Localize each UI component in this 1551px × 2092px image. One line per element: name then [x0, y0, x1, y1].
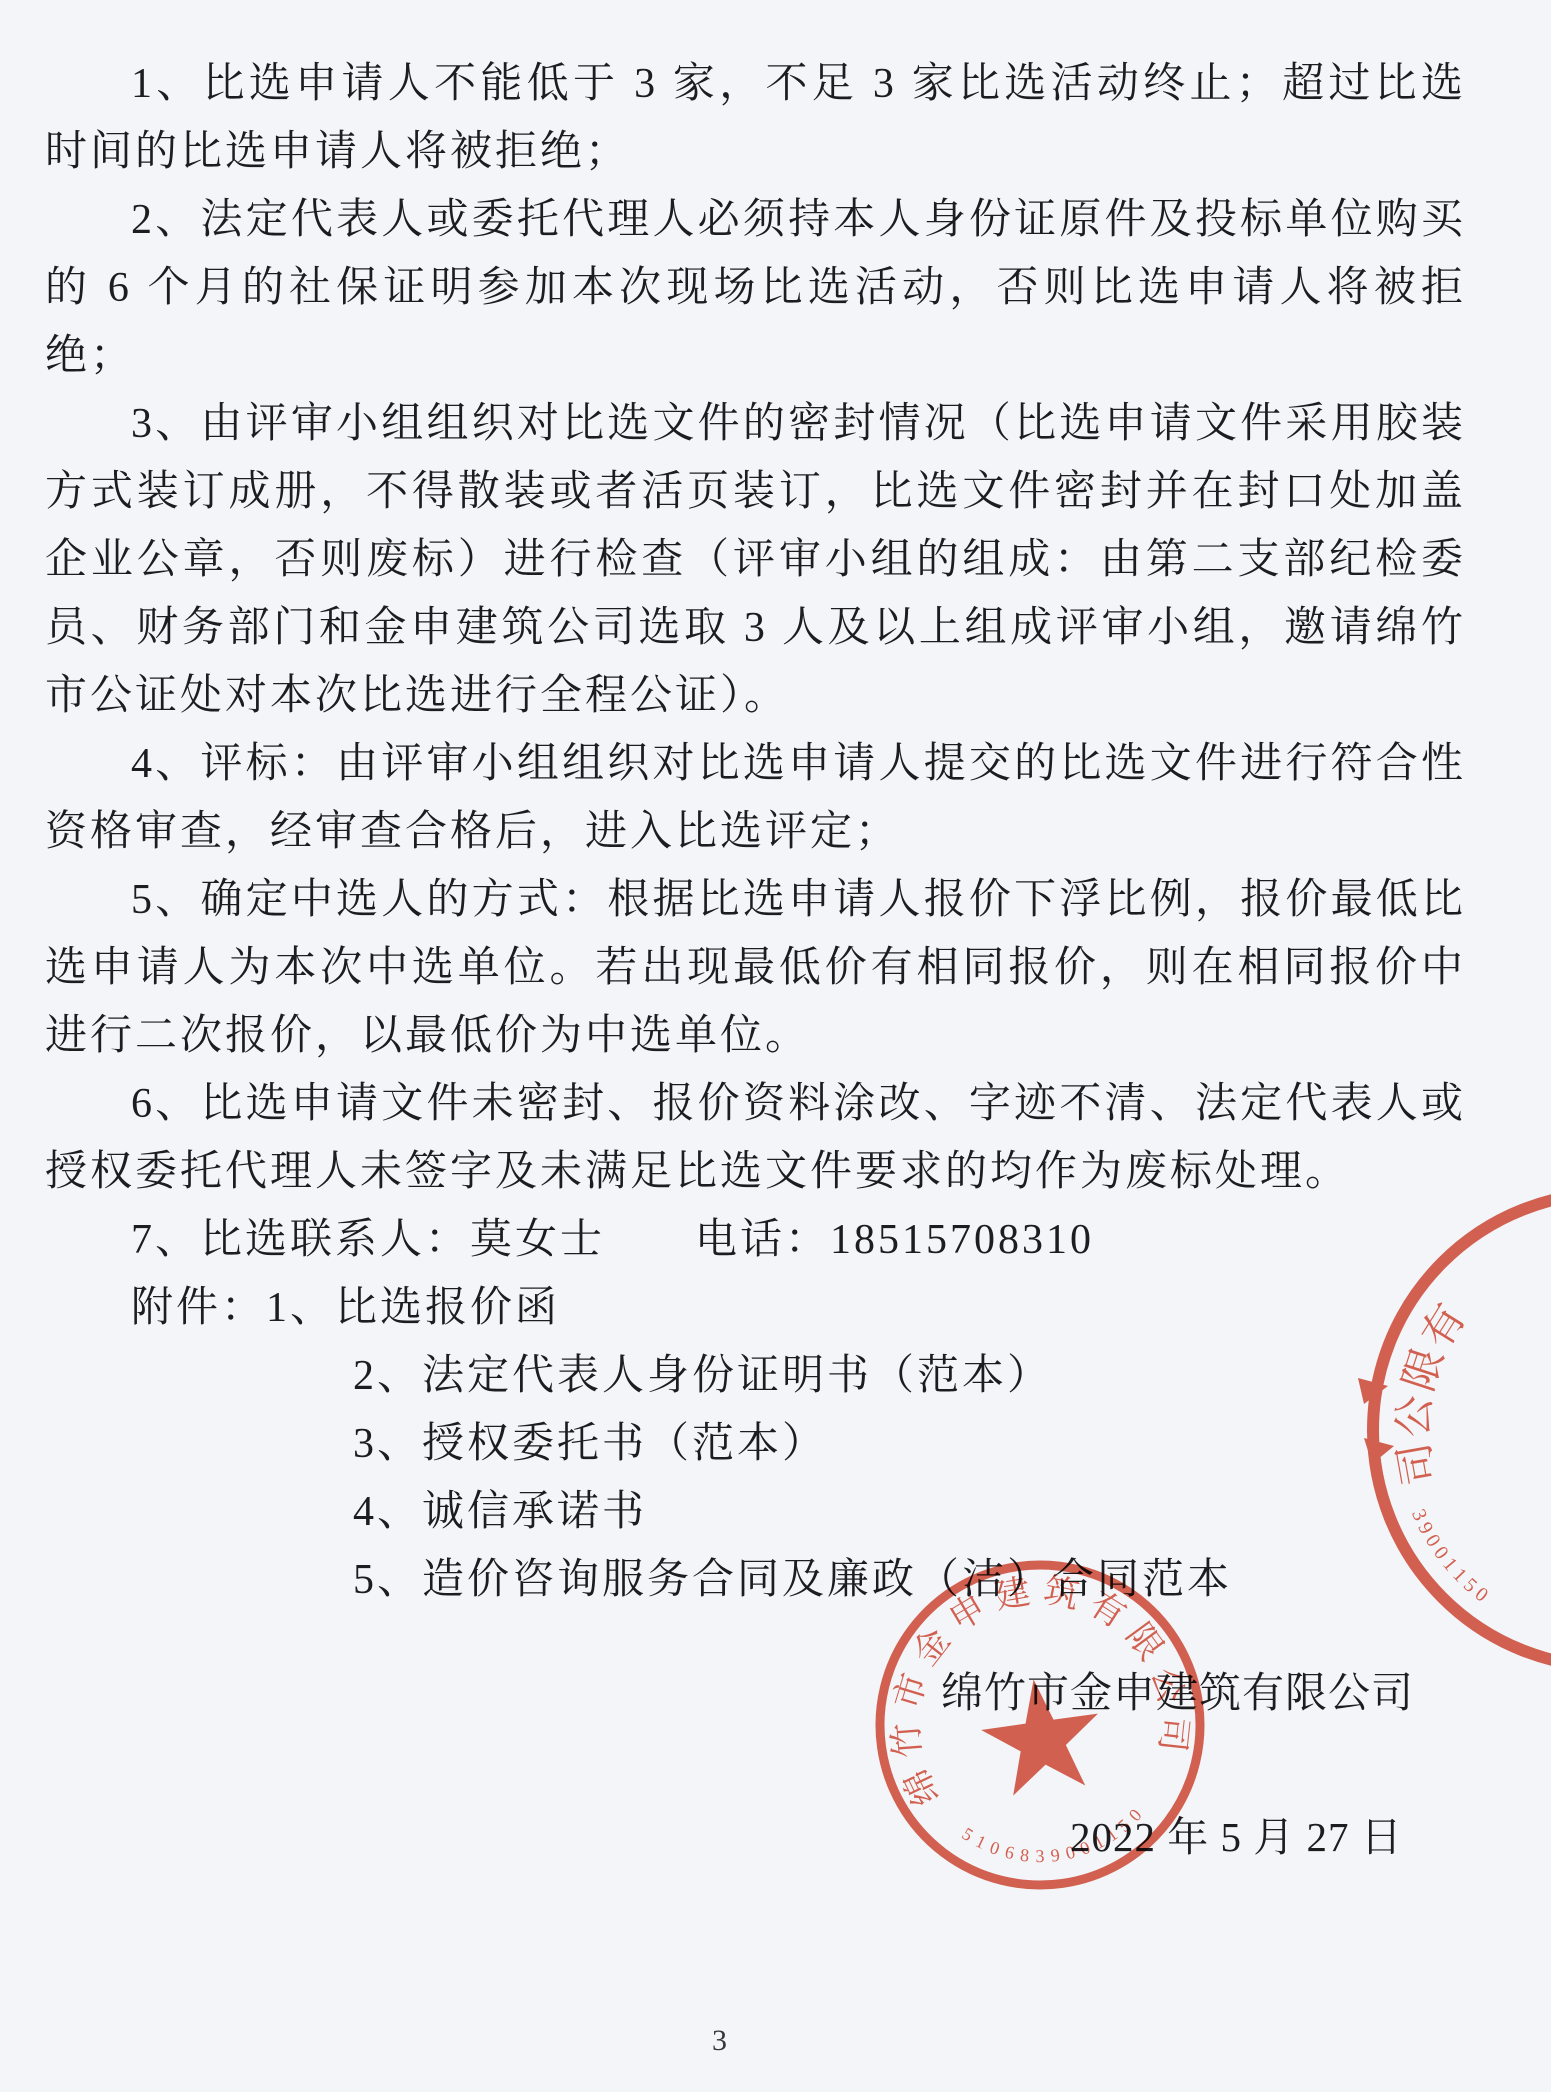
attachment-item-2: 2、法定代表人身份证明书（范本） — [45, 1342, 1466, 1410]
paragraph-3: 3、由评审小组组织对比选文件的密封情况（比选申请文件采用胶装方式装订成册，不得散… — [45, 390, 1466, 730]
paragraph-4: 4、评标：由评审小组组织对比选申请人提交的比选文件进行符合性资格审查，经审查合格… — [45, 730, 1466, 866]
svg-text:0: 0 — [1471, 1583, 1492, 1606]
attachment-item-5: 5、造价咨询服务合同及廉政（洁）合同范本 — [45, 1546, 1466, 1614]
attachment-item-4: 4、诚信承诺书 — [45, 1478, 1466, 1546]
attachment-item-3: 3、授权委托书（范本） — [45, 1410, 1466, 1478]
page-number: 3 — [712, 2024, 727, 2058]
paragraph-2: 2、法定代表人或委托代理人必须持本人身份证原件及投标单位购买的 6 个月的社保证… — [45, 186, 1466, 390]
document-body: 1、比选申请人不能低于 3 家，不足 3 家比选活动终止；超过比选时间的比选申请… — [45, 50, 1466, 1614]
signature-date: 2022 年 5 月 27 日 — [1070, 1804, 1403, 1863]
paragraph-7-contact: 7、比选联系人：莫女士 电话：18515708310 — [45, 1206, 1466, 1274]
paragraph-1: 1、比选申请人不能低于 3 家，不足 3 家比选活动终止；超过比选时间的比选申请… — [45, 50, 1466, 186]
attachments-label: 附件：1、比选报价函 — [45, 1274, 1466, 1342]
signature-company-name: 绵竹市金申建筑有限公司 — [941, 1660, 1414, 1720]
paragraph-5: 5、确定中选人的方式：根据比选申请人报价下浮比例，报价最低比选申请人为本次中选单… — [45, 866, 1466, 1070]
paragraph-6: 6、比选申请文件未密封、报价资料涂改、字迹不清、法定代表人或授权委托代理人未签字… — [45, 1070, 1466, 1206]
